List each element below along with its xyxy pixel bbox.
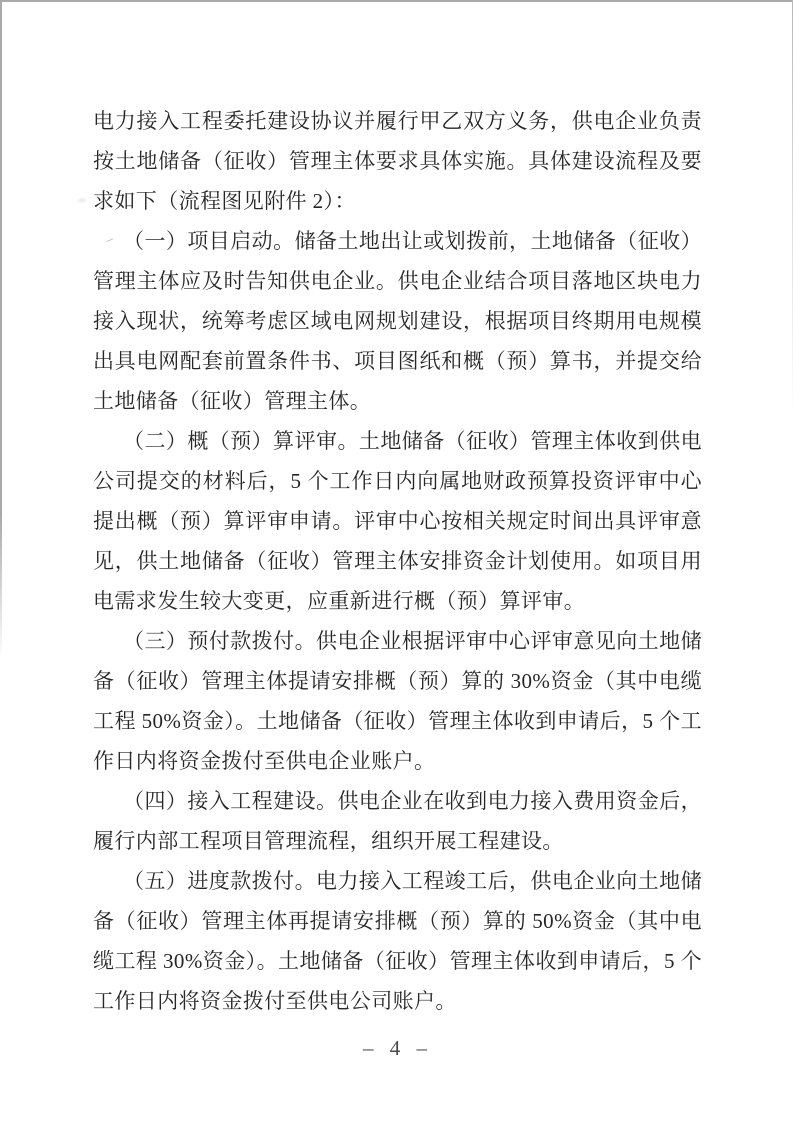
- stray-mark: [76, 197, 88, 204]
- paragraph-item-1-project-start: （一）项目启动。储备土地出让或划拨前，土地储备（征收）管理主体应及时告知供电企业…: [93, 221, 702, 421]
- paragraph-item-5-progress-payment: （五）进度款拨付。电力接入工程竣工后，供电企业向土地储备（征收）管理主体再提请安…: [93, 861, 702, 1021]
- scan-edge-top: [0, 0, 793, 2]
- paragraph-continuation: 电力接入工程委托建设协议并履行甲乙双方义务，供电企业负责按土地储备（征收）管理主…: [93, 101, 702, 221]
- paragraph-item-3-advance-payment: （三）预付款拨付。供电企业根据评审中心评审意见向土地储备（征收）管理主体提请安排…: [93, 621, 702, 781]
- paragraph-item-4-construction: （四）接入工程建设。供电企业在收到电力接入费用资金后，履行内部工程项目管理流程，…: [93, 781, 702, 861]
- document-page: 电力接入工程委托建设协议并履行甲乙双方义务，供电企业负责按土地储备（征收）管理主…: [0, 0, 793, 1122]
- document-body: 电力接入工程委托建设协议并履行甲乙双方义务，供电企业负责按土地储备（征收）管理主…: [93, 101, 702, 1021]
- scan-edge-left: [0, 0, 2, 660]
- paragraph-item-2-budget-review: （二）概（预）算评审。土地储备（征收）管理主体收到供电公司提交的材料后，5 个工…: [93, 421, 702, 621]
- page-number: – 4 –: [0, 1036, 793, 1061]
